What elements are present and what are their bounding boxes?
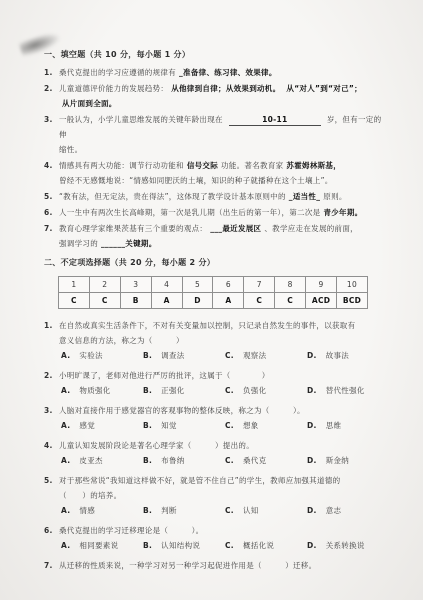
options-row: A.实验法 B.调查法 C.观察法 D.故事法 xyxy=(61,348,389,363)
question-number: 2. xyxy=(44,368,59,401)
option-letter: D. xyxy=(307,383,317,398)
option-text: 正强化 xyxy=(161,383,184,398)
question-number: 2. xyxy=(44,81,59,111)
option-letter: B. xyxy=(143,348,152,363)
option-letter: A. xyxy=(61,538,70,553)
option-text: 判断 xyxy=(161,503,177,518)
table-answer-cell: A xyxy=(151,293,182,309)
filled-answer: 从片面到全面。 xyxy=(62,99,117,108)
question-body: 儿童道德评价能力的发展趋势：从他律到自律；从效果到动机。从“对人”到“对己”； … xyxy=(59,81,389,111)
option-c: C.概括化说 xyxy=(225,538,307,553)
option-text: 意志 xyxy=(326,503,342,518)
table-header-cell: 7 xyxy=(244,277,275,293)
question-text: 意义信息的方法，称之为（ ） xyxy=(59,336,184,345)
question-line: 儿童认知发展阶段论是著名心理学家（ ）提出的。 xyxy=(59,438,389,453)
option-text: 实验法 xyxy=(79,348,102,363)
section1-title: 一、填空题（共 10 分，每小题 1 分） xyxy=(44,46,389,63)
option-text: 负强化 xyxy=(243,383,266,398)
option-c: C.观察法 xyxy=(225,348,307,363)
mc-question-1: 1. 在自然或真实生活条件下，不对有关变量加以控制，只记录自然发生的事件，以获取… xyxy=(44,318,389,366)
question-body: 在自然或真实生活条件下，不对有关变量加以控制，只记录自然发生的事件，以获取有 意… xyxy=(59,318,389,366)
question-line: 从迁移的性质来说，一种学习对另一种学习起促进作用是（ ）迁移。 xyxy=(59,558,389,573)
option-d: D.斯金纳 xyxy=(307,453,389,468)
option-text: 物质强化 xyxy=(79,383,110,398)
question-body: 一般认为，小学儿童思维发展的关键年龄出现在10-11岁，但有一定的伸 缩性。 xyxy=(59,112,389,157)
option-d: D.意志 xyxy=(307,503,389,518)
question-number: 5. xyxy=(44,189,59,204)
option-text: 知觉 xyxy=(161,418,177,433)
mc-question-6: 6. 桑代克提出的学习迁移理论是（ ）。 A.相同要素说 B.认知结构说 C.概… xyxy=(44,523,389,556)
answer-table: 1 2 3 4 5 6 7 8 9 10 C C B A D A C C ACD xyxy=(58,276,368,309)
question-number: 1. xyxy=(44,318,59,366)
table-answer-cell: D xyxy=(182,293,213,309)
question-text: （ ）的培养。 xyxy=(59,491,121,500)
option-b: B.布鲁纳 xyxy=(143,453,225,468)
option-b: B.正强化 xyxy=(143,383,225,398)
question-number: 3. xyxy=(44,112,59,157)
question-number: 6. xyxy=(44,523,59,556)
option-b: B.认知结构说 xyxy=(143,538,225,553)
question-text: 缩性。 xyxy=(59,145,82,154)
table-header-cell: 1 xyxy=(59,277,90,293)
question-text: 对于那些常说“我知道这样做不好，就是管不住自己”的学生，教师应加强其道德的 xyxy=(59,476,340,485)
option-c: C.想象 xyxy=(225,418,307,433)
question-number: 7. xyxy=(44,221,59,251)
table-header-cell: 5 xyxy=(182,277,213,293)
section2-title: 二、不定项选择题（共 20 分，每小题 2 分） xyxy=(44,254,389,271)
option-c: C.认知 xyxy=(225,503,307,518)
question-text: “教有法，但无定法，贵在得法”，这体现了教学设计基本原则中的 xyxy=(59,192,286,201)
filled-answer: 从他律到自律；从效果到动机。 xyxy=(171,84,280,93)
option-letter: B. xyxy=(143,418,152,433)
question-text: 桑代克提出的学习应遵循的规律有 xyxy=(59,68,176,77)
option-text: 概括化说 xyxy=(243,538,274,553)
table-answer-cell: C xyxy=(89,293,120,309)
question-text: 教育心理学家维果茨基有三个重要的观点： xyxy=(59,224,207,233)
question-line: 从片面到全面。 xyxy=(59,96,389,111)
table-header-cell: 6 xyxy=(213,277,244,293)
options-row: A.皮亚杰 B.布鲁纳 C.桑代克 D.斯金纳 xyxy=(61,453,389,468)
option-letter: C. xyxy=(225,453,234,468)
table-answer-cell: A xyxy=(213,293,244,309)
question-line: 教育心理学家维果茨基有三个重要的观点：___最近发展区、教学应走在发展的前面， xyxy=(59,221,389,236)
question-line: 意义信息的方法，称之为（ ） xyxy=(59,333,389,348)
option-text: 调查法 xyxy=(161,348,184,363)
question-line: 在自然或真实生活条件下，不对有关变量加以控制，只记录自然发生的事件，以获取有 xyxy=(59,318,389,333)
mc-question-4: 4. 儿童认知发展阶段论是著名心理学家（ ）提出的。 A.皮亚杰 B.布鲁纳 C… xyxy=(44,438,389,471)
option-letter: B. xyxy=(143,383,152,398)
table-header-cell: 10 xyxy=(337,277,368,293)
options-row: A.相同要素说 B.认知结构说 C.概括化说 D.关系转换说 xyxy=(61,538,389,553)
option-letter: D. xyxy=(307,348,317,363)
answer-table-answer-row: C C B A D A C C ACD BCD xyxy=(59,293,368,309)
question-line: 人一生中有两次生长高峰期，第一次是乳儿期（出生后的第一年），第二次是青少年期。 xyxy=(59,205,389,220)
table-answer-cell: ACD xyxy=(306,293,337,309)
option-text: 思维 xyxy=(326,418,342,433)
option-letter: C. xyxy=(225,418,234,433)
option-text: 认知 xyxy=(243,503,259,518)
question-text: 儿童道德评价能力的发展趋势： xyxy=(59,84,168,93)
question-number: 3. xyxy=(44,403,59,436)
fill-question-4: 4. 情感具有两大功能：调节行动功能和信号交际功能。著名教育家苏霍姆林斯基， 曾… xyxy=(44,158,389,188)
filled-answer: 青少年期。 xyxy=(323,208,362,217)
option-letter: B. xyxy=(143,453,152,468)
mc-question-7: 7. 从迁移的性质来说，一种学习对另一种学习起促进作用是（ ）迁移。 xyxy=(44,558,389,573)
mc-question-3: 3. 人脑对直接作用于感觉器官的客观事物的整体反映，称之为（ ）。 A.感觉 B… xyxy=(44,403,389,436)
question-text: 功能。著名教育家 xyxy=(221,161,283,170)
option-text: 桑代克 xyxy=(243,453,266,468)
question-body: 人脑对直接作用于感觉器官的客观事物的整体反映，称之为（ ）。 A.感觉 B.知觉… xyxy=(59,403,389,436)
fill-question-7: 7. 教育心理学家维果茨基有三个重要的观点：___最近发展区、教学应走在发展的前… xyxy=(44,221,389,251)
question-line: 一般认为，小学儿童思维发展的关键年龄出现在10-11岁，但有一定的伸 xyxy=(59,112,389,142)
question-number: 6. xyxy=(44,205,59,220)
question-body: 从迁移的性质来说，一种学习对另一种学习起促进作用是（ ）迁移。 xyxy=(59,558,389,573)
question-text: 儿童认知发展阶段论是著名心理学家（ ）提出的。 xyxy=(59,441,254,450)
table-header-cell: 4 xyxy=(151,277,182,293)
option-b: B.知觉 xyxy=(143,418,225,433)
option-letter: D. xyxy=(307,418,317,433)
question-body: 情感具有两大功能：调节行动功能和信号交际功能。著名教育家苏霍姆林斯基， 曾经不无… xyxy=(59,158,389,188)
option-letter: A. xyxy=(61,418,70,433)
question-text: 原则。 xyxy=(323,192,346,201)
question-number: 1. xyxy=(44,65,59,80)
question-number: 5. xyxy=(44,473,59,521)
question-line: 人脑对直接作用于感觉器官的客观事物的整体反映，称之为（ ）。 xyxy=(59,403,389,418)
option-a: A.皮亚杰 xyxy=(61,453,143,468)
option-text: 故事法 xyxy=(326,348,349,363)
option-d: D.替代性强化 xyxy=(307,383,389,398)
option-d: D.故事法 xyxy=(307,348,389,363)
fill-question-6: 6. 人一生中有两次生长高峰期，第一次是乳儿期（出生后的第一年），第二次是青少年… xyxy=(44,205,389,220)
question-line: 桑代克提出的学习应遵循的规律有_准备律、练习律、效果律。 xyxy=(59,65,389,80)
question-text: 小明旷课了，老师对他进行严厉的批评，这属于（ ） xyxy=(59,371,270,380)
question-number: 4. xyxy=(44,158,59,188)
question-line: 曾经不无感慨地说：“情感如同肥沃的土壤，知识的种子就播种在这个土壤上”。 xyxy=(59,173,389,188)
table-answer-cell: C xyxy=(275,293,306,309)
option-b: B.调查法 xyxy=(143,348,225,363)
options-row: A.感觉 B.知觉 C.想象 D.思维 xyxy=(61,418,389,433)
question-line: 对于那些常说“我知道这样做不好，就是管不住自己”的学生，教师应加强其道德的 xyxy=(59,473,389,488)
fill-question-1: 1. 桑代克提出的学习应遵循的规律有_准备律、练习律、效果律。 xyxy=(44,65,389,80)
option-c: C.桑代克 xyxy=(225,453,307,468)
option-letter: A. xyxy=(61,348,70,363)
option-a: A.相同要素说 xyxy=(61,538,143,553)
question-number: 7. xyxy=(44,558,59,573)
option-b: B.判断 xyxy=(143,503,225,518)
exam-page-photo: 一、填空题（共 10 分，每小题 1 分） 1. 桑代克提出的学习应遵循的规律有… xyxy=(0,0,423,600)
option-letter: C. xyxy=(225,503,234,518)
option-text: 替代性强化 xyxy=(326,383,365,398)
question-body: 人一生中有两次生长高峰期，第一次是乳儿期（出生后的第一年），第二次是青少年期。 xyxy=(59,205,389,220)
fill-question-5: 5. “教有法，但无定法，贵在得法”，这体现了教学设计基本原则中的_适当性_原则… xyxy=(44,189,389,204)
question-text: 一般认为，小学儿童思维发展的关键年龄出现在 xyxy=(59,115,223,124)
option-letter: D. xyxy=(307,538,317,553)
question-body: 桑代克提出的学习应遵循的规律有_准备律、练习律、效果律。 xyxy=(59,65,389,80)
fill-question-3: 3. 一般认为，小学儿童思维发展的关键年龄出现在10-11岁，但有一定的伸 缩性… xyxy=(44,112,389,157)
question-line: （ ）的培养。 xyxy=(59,488,389,503)
option-d: D.思维 xyxy=(307,418,389,433)
option-text: 关系转换说 xyxy=(326,538,365,553)
question-line: “教有法，但无定法，贵在得法”，这体现了教学设计基本原则中的_适当性_原则。 xyxy=(59,189,389,204)
option-letter: C. xyxy=(225,348,234,363)
question-line: 儿童道德评价能力的发展趋势：从他律到自律；从效果到动机。从“对人”到“对己”； xyxy=(59,81,389,96)
table-answer-cell: BCD xyxy=(337,293,368,309)
exam-content: 一、填空题（共 10 分，每小题 1 分） 1. 桑代克提出的学习应遵循的规律有… xyxy=(0,0,423,600)
option-letter: A. xyxy=(61,453,70,468)
question-text: 、教学应走在发展的前面， xyxy=(264,224,358,233)
option-text: 认知结构说 xyxy=(161,538,200,553)
question-text: 曾经不无感慨地说：“情感如同肥沃的土壤，知识的种子就播种在这个土壤上”。 xyxy=(59,176,333,185)
option-letter: B. xyxy=(143,503,152,518)
option-letter: B. xyxy=(143,538,152,553)
answer-table-header-row: 1 2 3 4 5 6 7 8 9 10 xyxy=(59,277,368,293)
question-text: 情感具有两大功能：调节行动功能和 xyxy=(59,161,184,170)
question-text: 在自然或真实生活条件下，不对有关变量加以控制，只记录自然发生的事件，以获取有 xyxy=(59,321,355,330)
question-text: 人脑对直接作用于感觉器官的客观事物的整体反映，称之为（ ）。 xyxy=(59,406,305,415)
question-text: 强调学习的 xyxy=(59,239,98,248)
mc-question-2: 2. 小明旷课了，老师对他进行严厉的批评，这属于（ ） A.物质强化 B.正强化… xyxy=(44,368,389,401)
question-text: 桑代克提出的学习迁移理论是（ ）。 xyxy=(59,526,203,535)
option-text: 皮亚杰 xyxy=(79,453,102,468)
option-text: 观察法 xyxy=(243,348,266,363)
question-body: 对于那些常说“我知道这样做不好，就是管不住自己”的学生，教师应加强其道德的 （ … xyxy=(59,473,389,521)
mc-question-5: 5. 对于那些常说“我知道这样做不好，就是管不住自己”的学生，教师应加强其道德的… xyxy=(44,473,389,521)
table-answer-cell: B xyxy=(120,293,151,309)
option-text: 相同要素说 xyxy=(79,538,118,553)
question-body: 教育心理学家维果茨基有三个重要的观点：___最近发展区、教学应走在发展的前面， … xyxy=(59,221,389,251)
question-body: “教有法，但无定法，贵在得法”，这体现了教学设计基本原则中的_适当性_原则。 xyxy=(59,189,389,204)
question-body: 儿童认知发展阶段论是著名心理学家（ ）提出的。 A.皮亚杰 B.布鲁纳 C.桑代… xyxy=(59,438,389,471)
option-a: A.实验法 xyxy=(61,348,143,363)
option-letter: C. xyxy=(225,538,234,553)
question-text: 从迁移的性质来说，一种学习对另一种学习起促进作用是（ ）迁移。 xyxy=(59,561,316,570)
option-text: 布鲁纳 xyxy=(161,453,184,468)
options-row: A.情感 B.判断 C.认知 D.意志 xyxy=(61,503,389,518)
filled-answer: ______关键期。 xyxy=(101,239,157,248)
question-number: 4. xyxy=(44,438,59,471)
option-text: 斯金纳 xyxy=(326,453,349,468)
table-header-cell: 2 xyxy=(89,277,120,293)
option-letter: A. xyxy=(61,503,70,518)
option-text: 想象 xyxy=(243,418,259,433)
answer-blank: 10-11 xyxy=(229,115,321,126)
table-header-cell: 8 xyxy=(275,277,306,293)
table-answer-cell: C xyxy=(59,293,90,309)
question-body: 小明旷课了，老师对他进行严厉的批评，这属于（ ） A.物质强化 B.正强化 C.… xyxy=(59,368,389,401)
question-text: 人一生中有两次生长高峰期，第一次是乳儿期（出生后的第一年），第二次是 xyxy=(59,208,320,217)
filled-answer: _适当性_ xyxy=(289,192,321,201)
filled-answer: _准备律、练习律、效果律。 xyxy=(179,68,277,77)
fill-question-2: 2. 儿童道德评价能力的发展趋势：从他律到自律；从效果到动机。从“对人”到“对己… xyxy=(44,81,389,111)
question-body: 桑代克提出的学习迁移理论是（ ）。 A.相同要素说 B.认知结构说 C.概括化说… xyxy=(59,523,389,556)
option-text: 情感 xyxy=(79,503,95,518)
option-text: 感觉 xyxy=(79,418,95,433)
option-letter: D. xyxy=(307,453,317,468)
question-line: 小明旷课了，老师对他进行严厉的批评，这属于（ ） xyxy=(59,368,389,383)
options-row: A.物质强化 B.正强化 C.负强化 D.替代性强化 xyxy=(61,383,389,398)
option-a: A.物质强化 xyxy=(61,383,143,398)
option-letter: D. xyxy=(307,503,317,518)
filled-answer: 苏霍姆林斯基， xyxy=(286,161,341,170)
option-a: A.感觉 xyxy=(61,418,143,433)
option-c: C.负强化 xyxy=(225,383,307,398)
filled-answer: 从“对人”到“对己”； xyxy=(286,84,362,93)
option-letter: A. xyxy=(61,383,70,398)
table-header-cell: 3 xyxy=(120,277,151,293)
filled-answer: 10-11 xyxy=(262,115,288,124)
option-d: D.关系转换说 xyxy=(307,538,389,553)
question-line: 桑代克提出的学习迁移理论是（ ）。 xyxy=(59,523,389,538)
table-header-cell: 9 xyxy=(306,277,337,293)
table-answer-cell: C xyxy=(244,293,275,309)
question-line: 情感具有两大功能：调节行动功能和信号交际功能。著名教育家苏霍姆林斯基， xyxy=(59,158,389,173)
option-a: A.情感 xyxy=(61,503,143,518)
filled-answer: 信号交际 xyxy=(187,161,218,170)
question-line: 强调学习的______关键期。 xyxy=(59,236,389,251)
filled-answer: ___最近发展区 xyxy=(210,224,261,233)
option-letter: C. xyxy=(225,383,234,398)
question-line: 缩性。 xyxy=(59,142,389,157)
